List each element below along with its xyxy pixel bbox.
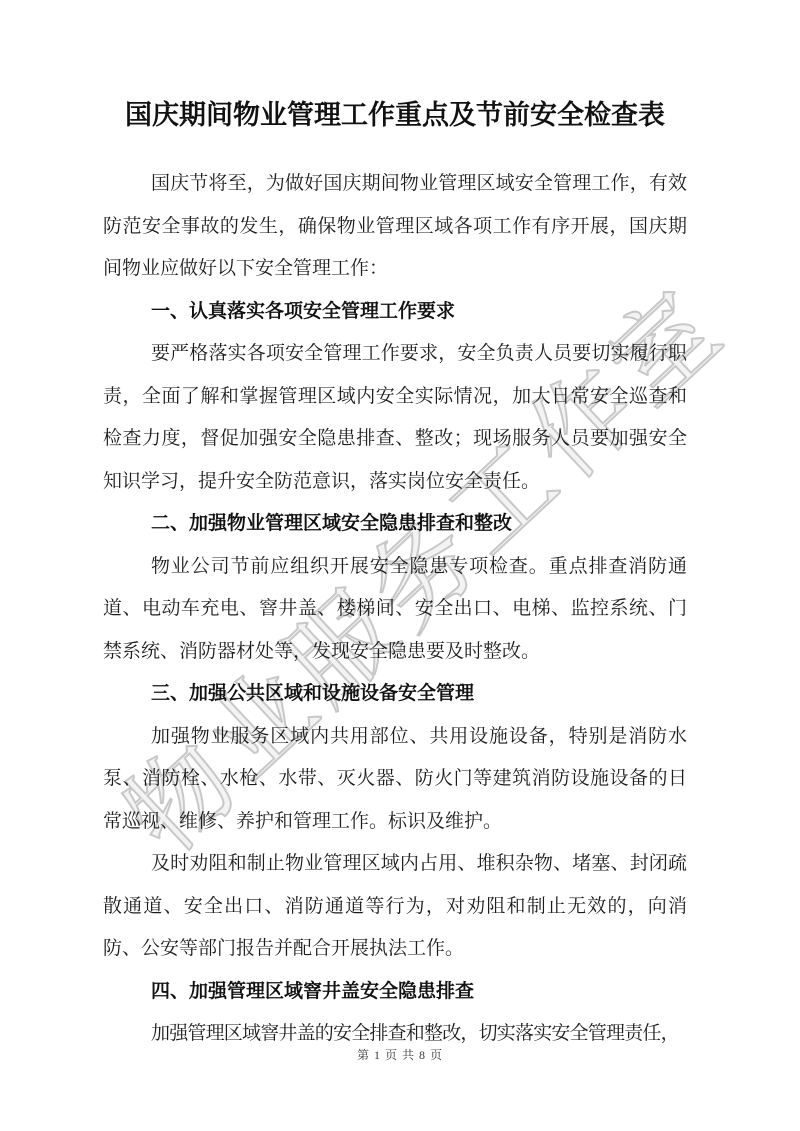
section-1-paragraph: 要严格落实各项安全管理工作要求，安全负责人员要切实履行职责，全面了解和掌握管理区… <box>103 333 687 503</box>
section-3-paragraph-2: 及时劝阻和制止物业管理区域内占用、堆积杂物、堵塞、封闭疏散通道、安全出口、消防通… <box>103 843 687 971</box>
section-heading-3: 三、加强公共区域和设施设备安全管理 <box>103 673 687 716</box>
section-heading-4: 四、加强管理区域窨井盖安全隐患排查 <box>103 971 687 1014</box>
section-2-paragraph: 物业公司节前应组织开展安全隐患专项检查。重点排查消防通道、电动车充电、窨井盖、楼… <box>103 546 687 674</box>
document-title: 国庆期间物业管理工作重点及节前安全检查表 <box>103 97 687 133</box>
document-page: 物业服务工作室 国庆期间物业管理工作重点及节前安全检查表 国庆节将至，为做好国庆… <box>0 0 800 1131</box>
document-body: 国庆期间物业管理工作重点及节前安全检查表 国庆节将至，为做好国庆期间物业管理区域… <box>0 0 800 1056</box>
section-heading-1: 一、认真落实各项安全管理工作要求 <box>103 291 687 334</box>
intro-paragraph: 国庆节将至，为做好国庆期间物业管理区域安全管理工作，有效防范安全事故的发生，确保… <box>103 163 687 291</box>
page-number-footer: 第 1 页 共 8 页 <box>0 1046 800 1063</box>
section-heading-2: 二、加强物业管理区域安全隐患排查和整改 <box>103 503 687 546</box>
section-3-paragraph-1: 加强物业服务区域内共用部位、共用设施设备，特别是消防水泵、消防栓、水枪、水带、灭… <box>103 716 687 844</box>
